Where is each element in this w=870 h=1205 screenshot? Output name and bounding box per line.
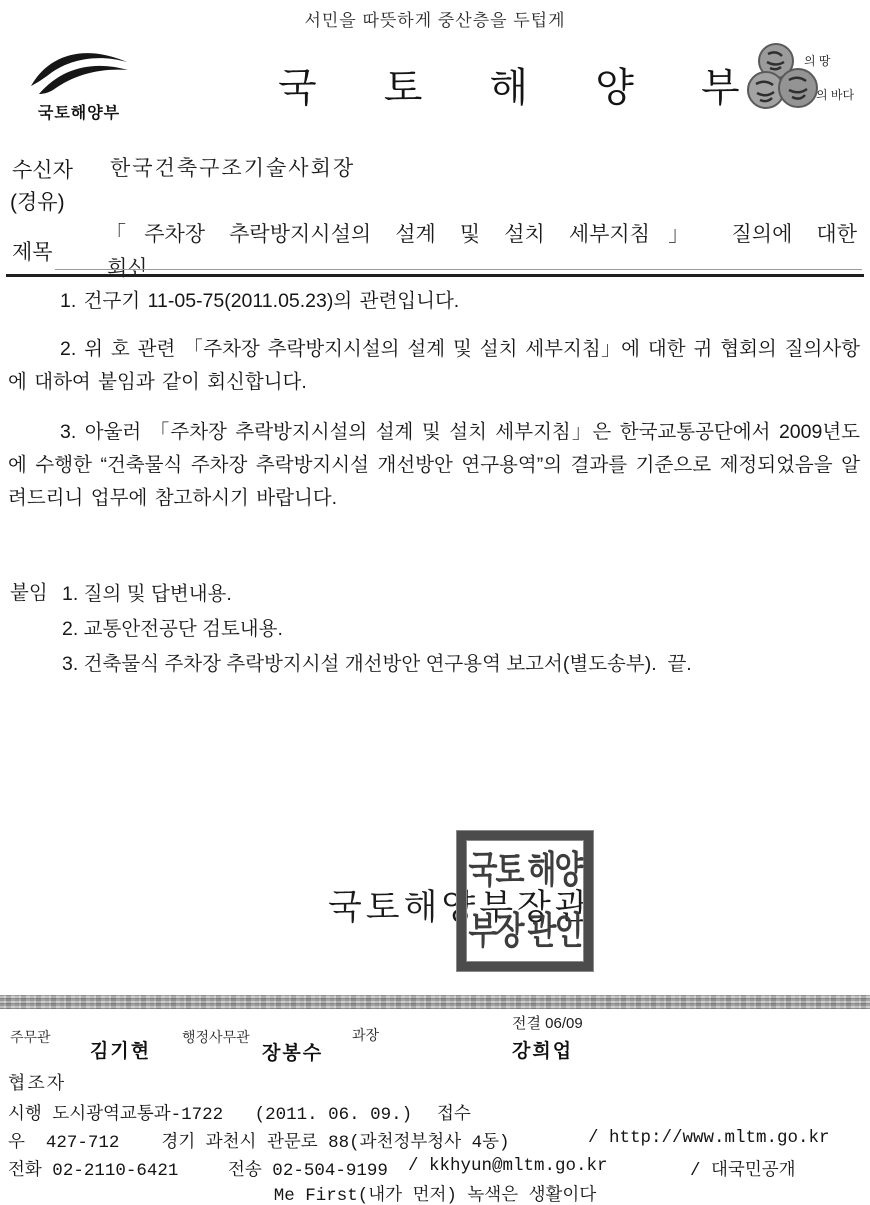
emblem-graphic: 의 땅 의 바다 — [742, 40, 866, 130]
approver-name-3: 강희업 — [512, 1036, 573, 1063]
seal-glyph: 부장 — [466, 893, 525, 969]
postal-address: 우 427-712 경기 과천시 관문로 88(과천정부청사 4동) — [8, 1128, 510, 1153]
approver-title-1: 주무관 — [10, 1027, 51, 1047]
body-paragraph-2: 2. 위 호 관련 「주차장 추락방지시설의 설계 및 설치 세부지침」에 대한… — [8, 333, 860, 399]
footer-separator-band — [0, 995, 870, 1009]
approver-title-3: 과장 — [352, 1025, 379, 1045]
attachment-item-1: 1. 질의 및 답변내용. — [62, 577, 692, 612]
attachments-label: 붙임 — [10, 577, 48, 605]
official-seal-stamp: 국토 해양 부장 관인 — [457, 831, 593, 971]
approver-title-2: 행정사무관 — [182, 1027, 250, 1047]
recipient-value: 한국건축구조기술사회장 — [110, 152, 355, 182]
seal-glyph: 관인 — [525, 893, 584, 969]
body-paragraph-1: 1. 건구기 11-05-75(2011.05.23)의 관련입니다. — [8, 285, 860, 318]
body-paragraph-3: 3. 아울러 「주차장 추락방지시설의 설계 및 설치 세부지침」은 한국교통공… — [8, 416, 860, 515]
document-title: 국 토 해 양 부 — [278, 56, 768, 113]
subject-underline — [55, 269, 862, 270]
fax-number: 전송 02-504-9199 — [228, 1156, 388, 1181]
approver-name-1: 김기현 — [90, 1036, 151, 1063]
approver-name-2: 장봉수 — [262, 1038, 323, 1065]
delegation-note: 전결 06/09 — [512, 1012, 583, 1033]
receipt-label: 접수 — [437, 1100, 471, 1125]
phone-number: 전화 02-2110-6421 — [8, 1156, 178, 1181]
footer-slogan: Me First(내가 먼저) 녹색은 생활이다 — [0, 1181, 870, 1205]
emblem-text-land: 의 땅 — [804, 52, 831, 69]
attachments-list: 1. 질의 및 답변내용. 2. 교통안전공단 검토내용. 3. 건축물식 주차… — [62, 577, 692, 682]
email-text: / kkhyun@mltm.go.kr — [408, 1156, 608, 1176]
attachment-item-3: 3. 건축물식 주차장 추락방지시설 개선방안 연구용역 보고서(별도송부). … — [62, 647, 692, 682]
official-document-page: 서민을 따뜻하게 중산층을 두텁게 국토해양부 국 토 해 양 부 의 땅 의 … — [0, 0, 870, 1205]
emblem-text-sea: 의 바다 — [816, 86, 854, 103]
header-slogan: 서민을 따뜻하게 중산층을 두텁게 — [0, 6, 870, 31]
website-text: / http://www.mltm.go.kr — [588, 1128, 830, 1148]
cooperator-label: 협조자 — [8, 1069, 66, 1095]
logo-text: 국토해양부 — [14, 100, 144, 123]
subject-label: 제목 — [12, 236, 53, 266]
via-label: (경유) — [10, 186, 65, 216]
issuance-line: 시행 도시광역교통과-1722 (2011. 06. 09.) — [8, 1100, 412, 1125]
recipient-label: 수신자 — [12, 154, 73, 184]
disclosure-label: / 대국민공개 — [690, 1156, 796, 1181]
subject-line-1: 「주차장 추락방지시설의 설계 및 설치 세부지침」 질의에 대한 — [105, 218, 857, 248]
subject-line-2: 회신 — [107, 252, 148, 282]
ministry-logo: 국토해양부 — [14, 44, 144, 123]
header-divider-rule — [6, 274, 864, 277]
attachment-item-2: 2. 교통안전공단 검토내용. — [62, 612, 692, 647]
logo-swoosh-icon — [27, 44, 131, 98]
